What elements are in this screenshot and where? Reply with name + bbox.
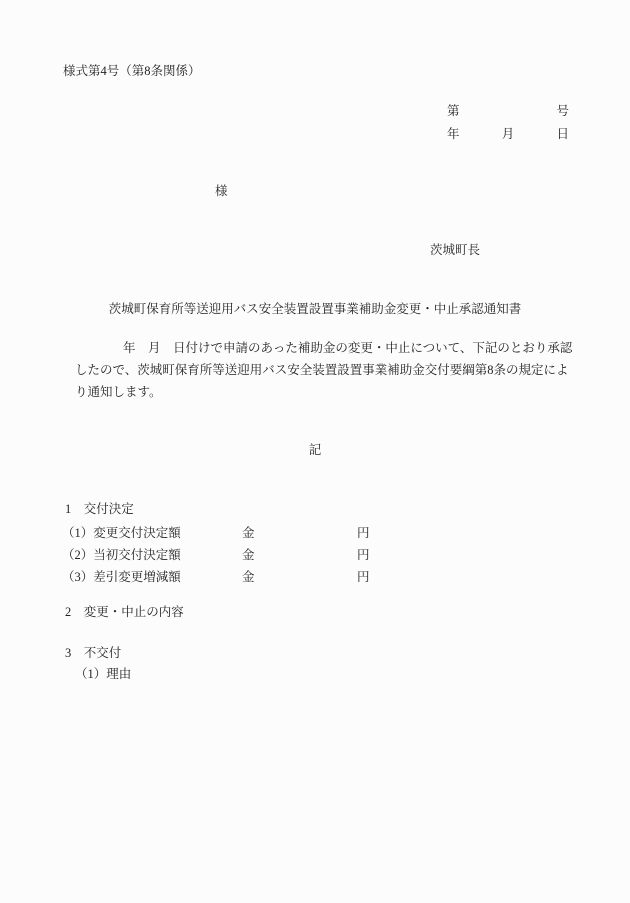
- amount-row-label: （1）変更交付決定額: [62, 526, 181, 541]
- body-line: したので、茨城町保育所等送迎用バス安全装置設置事業補助金交付要綱第8条の規定によ: [75, 359, 585, 381]
- doc-number-prefix: 第: [447, 104, 460, 119]
- currency-prefix-label: 金: [242, 570, 255, 585]
- document-title: 茨城町保育所等送迎用バス安全装置設置事業補助金変更・中止承認通知書: [0, 302, 630, 317]
- form-number: 様式第4号（第8条関係）: [63, 64, 201, 79]
- amount-row: （1）変更交付決定額 金 円: [62, 526, 582, 544]
- amount-row: （3）差引変更増減額 金 円: [62, 570, 582, 588]
- currency-prefix-label: 金: [242, 548, 255, 563]
- currency-prefix-label: 金: [242, 526, 255, 541]
- amount-row-label: （3）差引変更増減額: [62, 570, 181, 585]
- section-2-heading: 2 変更・中止の内容: [65, 605, 184, 620]
- date-month-label: 月: [502, 127, 515, 142]
- body-line: 年 月 日付けで申請のあった補助金の変更・中止について、下記のとおり承認: [75, 337, 585, 359]
- section-3-sub-item: （1）理由: [75, 667, 131, 682]
- amount-row: （2）当初交付決定額 金 円: [62, 548, 582, 566]
- addressee-honorific: 様: [215, 184, 228, 199]
- section-1-heading: 1 交付決定: [65, 502, 134, 517]
- doc-number-suffix: 号: [556, 104, 569, 119]
- currency-suffix-label: 円: [357, 570, 370, 585]
- amount-row-label: （2）当初交付決定額: [62, 548, 181, 563]
- sender-title: 茨城町長: [430, 243, 480, 258]
- body-paragraph: 年 月 日付けで申請のあった補助金の変更・中止について、下記のとおり承認 したの…: [75, 337, 585, 403]
- currency-suffix-label: 円: [357, 548, 370, 563]
- currency-suffix-label: 円: [357, 526, 370, 541]
- record-marker: 記: [0, 443, 630, 458]
- body-line: り通知します。: [75, 381, 585, 403]
- date-day-label: 日: [556, 127, 569, 142]
- section-3-heading: 3 不交付: [65, 646, 121, 661]
- doc-number-row: 第 号: [447, 104, 569, 119]
- document-page: 様式第4号（第8条関係） 第 号 年 月 日 様 茨城町長 茨城町保育所等送迎用…: [0, 0, 630, 903]
- date-row: 年 月 日: [447, 127, 569, 142]
- date-year-label: 年: [447, 127, 460, 142]
